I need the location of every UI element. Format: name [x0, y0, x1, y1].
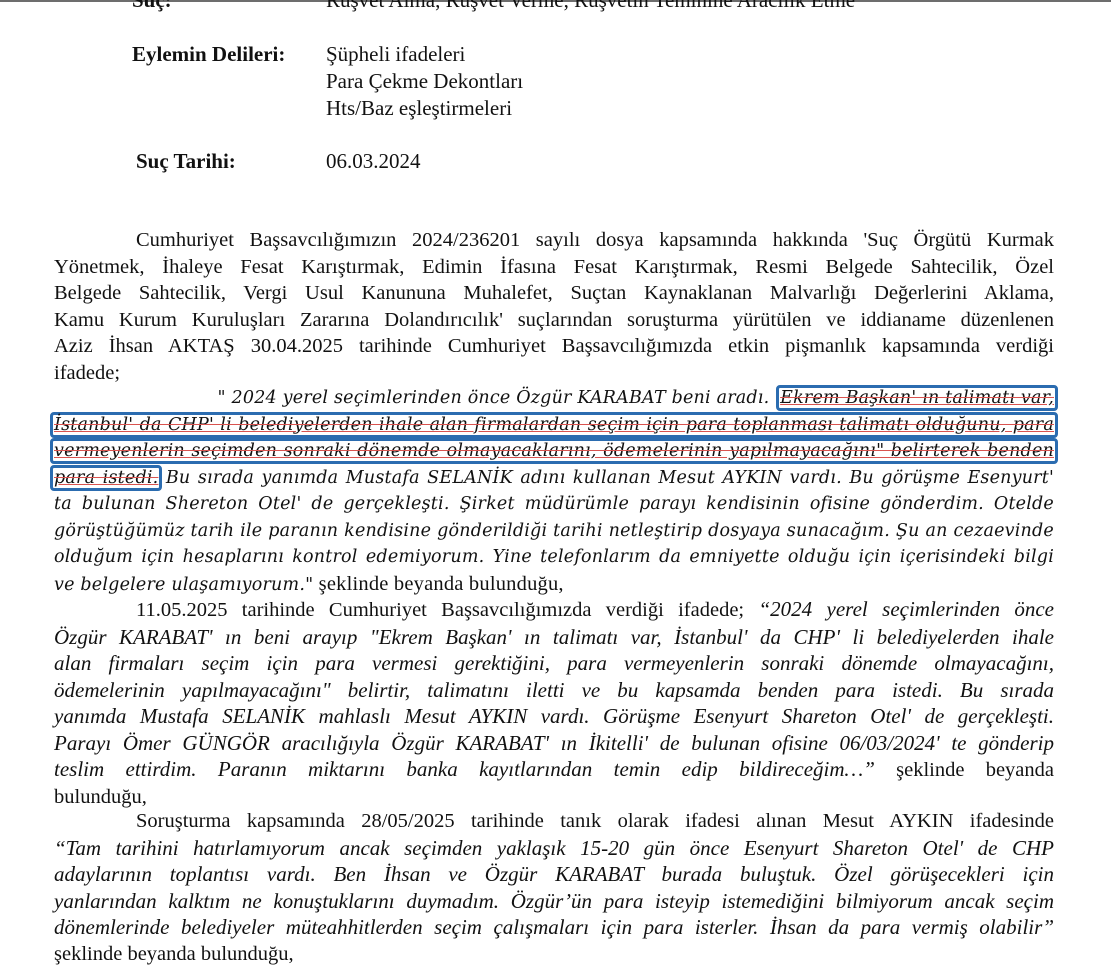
crime-value: Rüşvet Alma, Rüşvet Verme, Rüşvetin Temi… — [326, 0, 855, 14]
evidence-label: Eylemin Delileri: — [132, 41, 285, 68]
document-page: Suç: Rüşvet Alma, Rüşvet Verme, Rüşvetin… — [0, 0, 1111, 972]
paragraph-intro: Cumhuriyet Başsavcılığımızın 2024/236201… — [54, 227, 1054, 386]
paragraph-second-statement: 11.05.2025 tarihinde Cumhuriyet Başsavcı… — [54, 596, 1054, 810]
paragraph-witness-statement: Soruşturma kapsamında 28/05/2025 tarihin… — [54, 808, 1054, 967]
evidence-item: Para Çekme Dekontları — [326, 68, 523, 95]
highlighted-strikethrough-text[interactable]: vermeyenlerin seçimden sonraki dönemde o… — [50, 438, 1058, 464]
evidence-item: Hts/Baz eşleştirmeleri — [326, 95, 523, 122]
highlighted-strikethrough-text[interactable]: Ekrem Başkan' ın talimatı var, — [776, 385, 1058, 411]
crime-label: Suç: — [132, 0, 172, 14]
crime-date-label: Suç Tarihi: — [136, 148, 236, 175]
highlighted-strikethrough-text[interactable]: İstanbul' da CHP' li belediyelerden ihal… — [50, 412, 1058, 438]
crime-date-value: 06.03.2024 — [326, 148, 421, 175]
evidence-values: Şüpheli ifadeleri Para Çekme Dekontları … — [326, 41, 523, 122]
evidence-item: Şüpheli ifadeleri — [326, 41, 523, 68]
quote-first-statement: " 2024 yerel seçimlerinden önce Özgür KA… — [54, 385, 1054, 598]
highlighted-strikethrough-text[interactable]: para istedi. — [50, 465, 162, 491]
